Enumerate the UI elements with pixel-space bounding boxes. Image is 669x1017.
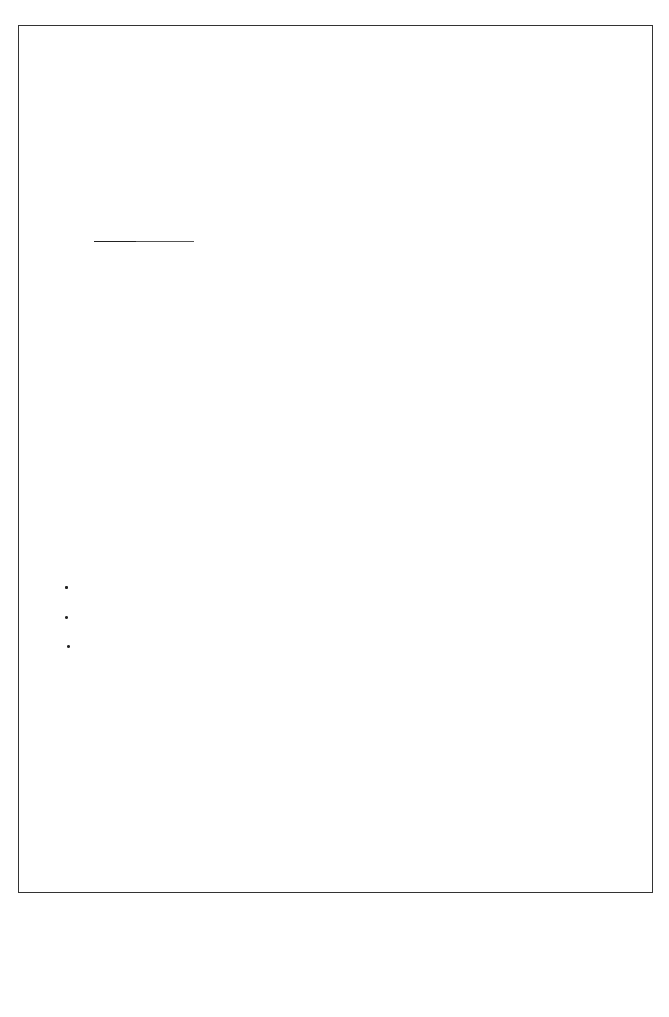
object-underline-sample: [136, 227, 194, 242]
q1-line-2: [94, 226, 194, 248]
exam-border-frame: [18, 25, 653, 893]
predicate-underline-sample: [94, 227, 136, 242]
